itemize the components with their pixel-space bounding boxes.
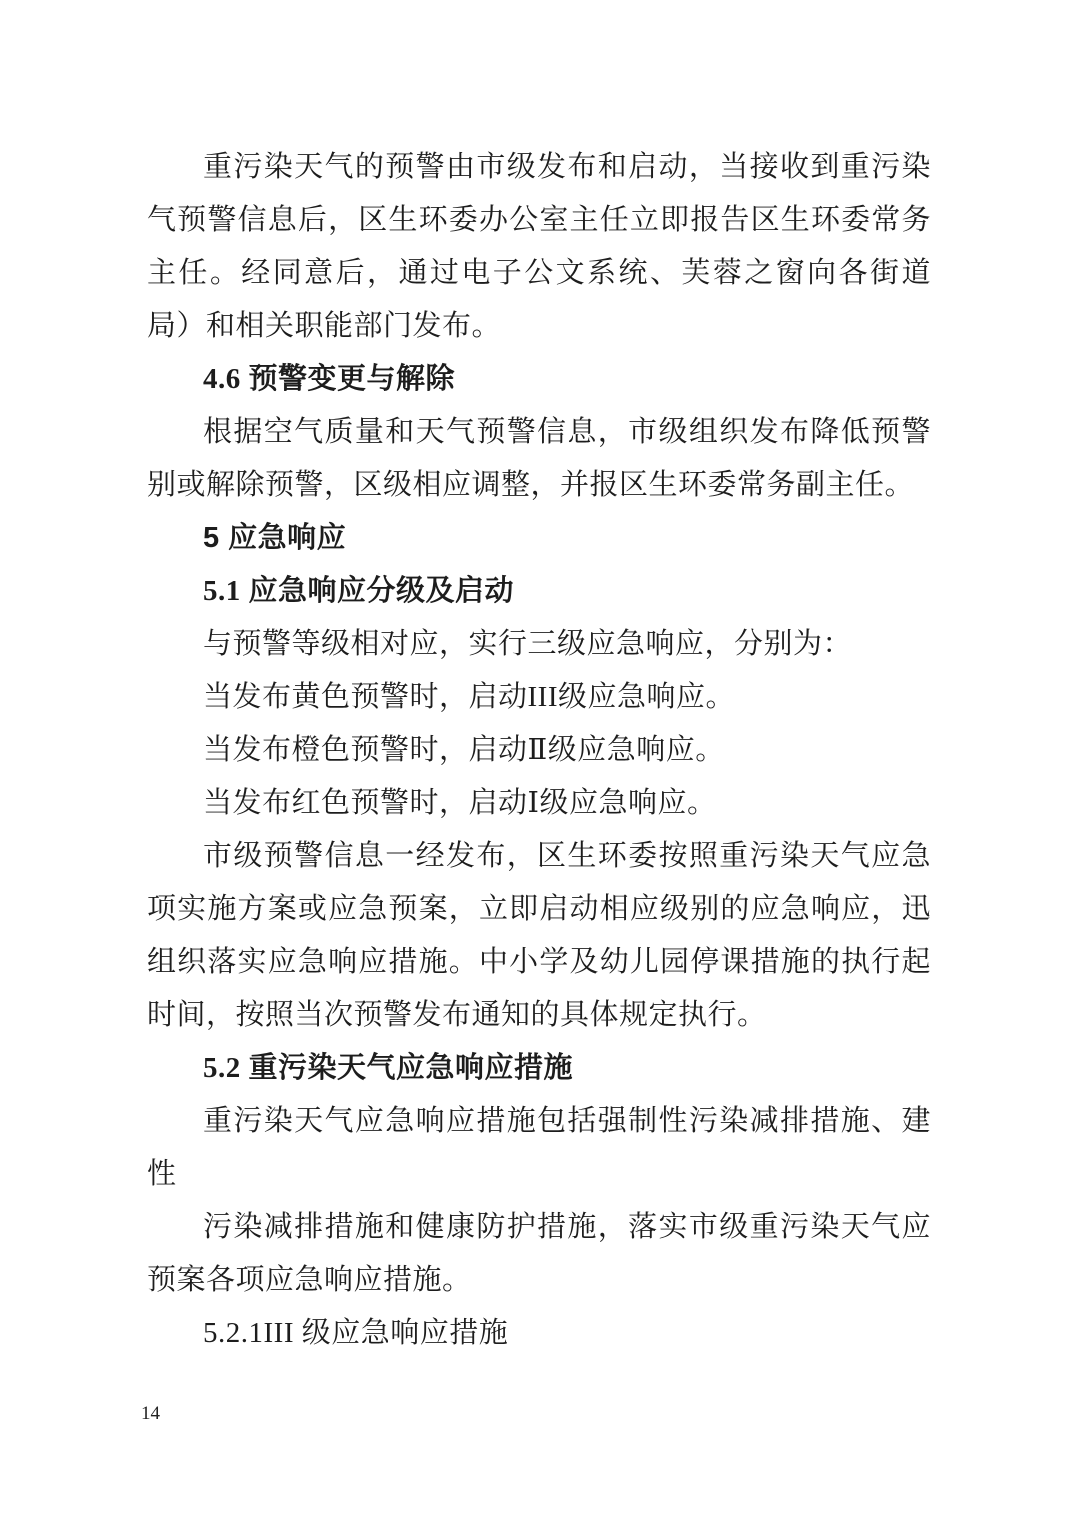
heading-5: 5 应急响应 bbox=[147, 512, 931, 565]
body-line: 污染减排措施和健康防护措施，落实市级重污染天气应急 bbox=[147, 1201, 931, 1254]
body-line: 主任。经同意后，通过电子公文系统、芙蓉之窗向各街道（园、 bbox=[147, 247, 931, 300]
body-line: 别或解除预警，区级相应调整，并报区生环委常务副主任。 bbox=[147, 459, 931, 512]
page-number: 14 bbox=[141, 1400, 160, 1428]
body-line: 市级预警信息一经发布，区生环委按照重污染天气应急专 bbox=[147, 830, 931, 883]
heading-5-1: 5.1 应急响应分级及启动 bbox=[147, 565, 931, 618]
body-line: 重污染天气应急响应措施包括强制性污染减排措施、建议 bbox=[147, 1095, 931, 1148]
body-line: 局）和相关职能部门发布。 bbox=[147, 300, 931, 353]
heading-4-6: 4.6 预警变更与解除 bbox=[147, 353, 931, 406]
body-line: 当发布橙色预警时，启动Ⅱ级应急响应。 bbox=[147, 724, 931, 777]
document-text-block: 重污染天气的预警由市级发布和启动，当接收到重污染天 气预警信息后，区生环委办公室… bbox=[147, 141, 931, 1360]
document-page: 重污染天气的预警由市级发布和启动，当接收到重污染天 气预警信息后，区生环委办公室… bbox=[0, 0, 1074, 1520]
body-line: 根据空气质量和天气预警信息，市级组织发布降低预警级 bbox=[147, 406, 931, 459]
body-line: 与预警等级相对应，实行三级应急响应，分别为： bbox=[147, 618, 931, 671]
body-line: 组织落实应急响应措施。中小学及幼儿园停课措施的执行起始 bbox=[147, 936, 931, 989]
body-line: 当发布黄色预警时，启动III级应急响应。 bbox=[147, 671, 931, 724]
body-line: 性 bbox=[147, 1148, 931, 1201]
body-line: 项实施方案或应急预案，立即启动相应级别的应急响应，迅速 bbox=[147, 883, 931, 936]
body-line: 重污染天气的预警由市级发布和启动，当接收到重污染天 bbox=[147, 141, 931, 194]
heading-5-2-1: 5.2.1III 级应急响应措施 bbox=[147, 1307, 931, 1360]
body-line: 当发布红色预警时，启动Ⅰ级应急响应。 bbox=[147, 777, 931, 830]
body-line: 气预警信息后，区生环委办公室主任立即报告区生环委常务副 bbox=[147, 194, 931, 247]
body-line: 时间，按照当次预警发布通知的具体规定执行。 bbox=[147, 989, 931, 1042]
heading-5-2: 5.2 重污染天气应急响应措施 bbox=[147, 1042, 931, 1095]
body-line: 预案各项应急响应措施。 bbox=[147, 1254, 931, 1307]
